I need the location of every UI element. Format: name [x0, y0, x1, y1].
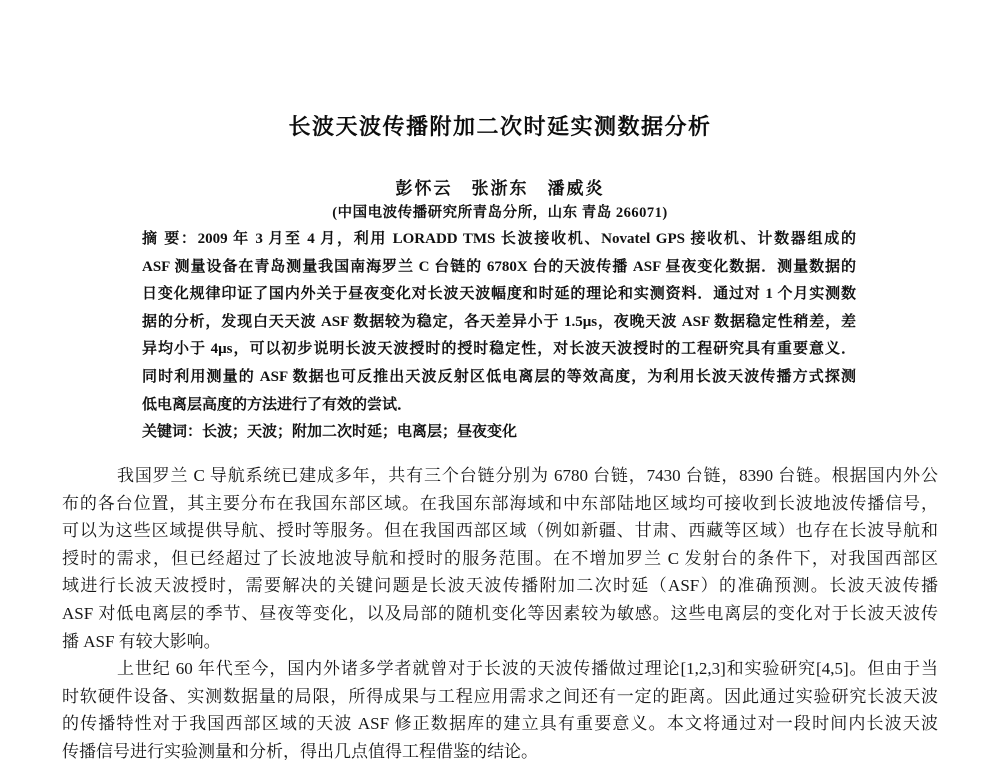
body-line: 我国罗兰 C 导航系统已建成多年，共有三个台链分别为 6780 台链，7430 … [62, 462, 938, 490]
body-line: ASF 对低电离层的季节、昼夜等变化，以及局部的随机变化等因素较为敏感。这些电离… [62, 600, 938, 628]
abstract-line: 日变化规律印证了国内外关于昼夜变化对长波天波幅度和时延的理论和实测资料．通过对 … [142, 281, 856, 309]
body-line: 时软硬件设备、实测数据量的局限，所得成果与工程应用需求之间还有一定的距离。因此通… [62, 683, 938, 711]
abstract-block: 摘 要：2009 年 3 月至 4 月，利用 LORADD TMS 长波接收机、… [142, 226, 856, 447]
body-line: 的传播特性对于我国西部区域的天波 ASF 修正数据库的建立具有重要意义。本文将通… [62, 710, 938, 738]
document-page: 长波天波传播附加二次时延实测数据分析 彭怀云 张浙东 潘威炎 (中国电波传播研究… [0, 0, 1000, 760]
body-text: 我国罗兰 C 导航系统已建成多年，共有三个台链分别为 6780 台链，7430 … [62, 462, 938, 760]
abstract-line: 低电离层高度的方法进行了有效的尝试． [142, 392, 856, 420]
abstract-line: 异均小于 4μs，可以初步说明长波天波授时的授时稳定性，对长波天波授时的工程研究… [142, 336, 856, 364]
keywords-line: 关键词：长波；天波；附加二次时延；电离层；昼夜变化 [142, 419, 856, 447]
body-line: 可以为这些区域提供导航、授时等服务。但在我国西部区域（例如新疆、甘肃、西藏等区域… [62, 517, 938, 545]
body-line: 播 ASF 有较大影响。 [62, 628, 938, 656]
abstract-label: 摘 要： [142, 231, 198, 247]
abstract-line: ASF 测量设备在青岛测量我国南海罗兰 C 台链的 6780X 台的天波传播 A… [142, 254, 856, 282]
body-line: 上世纪 60 年代至今，国内外诸多学者就曾对于长波的天波传播做过理论[1,2,3… [62, 655, 938, 683]
authors-line: 彭怀云 张浙东 潘威炎 [0, 174, 1000, 199]
keywords-label: 关键词： [142, 424, 202, 440]
body-line: 布的各台位置，其主要分布在我国东部区域。在我国东部海域和中东部陆地区域均可接收到… [62, 490, 938, 518]
abstract-line: 摘 要：2009 年 3 月至 4 月，利用 LORADD TMS 长波接收机、… [142, 226, 856, 254]
affiliation-line: (中国电波传播研究所青岛分所，山东 青岛 266071) [0, 201, 1000, 222]
body-line: 授时的需求，但已经超过了长波地波导航和授时的服务范围。在不增加罗兰 C 发射台的… [62, 545, 938, 573]
keywords-text: 长波；天波；附加二次时延；电离层；昼夜变化 [202, 424, 517, 440]
paper-title: 长波天波传播附加二次时延实测数据分析 [0, 110, 1000, 141]
abstract-line-text: 2009 年 3 月至 4 月，利用 LORADD TMS 长波接收机、Nova… [198, 231, 856, 247]
body-line: 域进行长波天波授时，需要解决的关键问题是长波天波传播附加二次时延（ASF）的准确… [62, 572, 938, 600]
body-line: 传播信号进行实验测量和分析，得出几点值得工程借鉴的结论。 [62, 738, 938, 760]
abstract-line: 同时利用测量的 ASF 数据也可反推出天波反射区低电离层的等效高度，为利用长波天… [142, 364, 856, 392]
abstract-line: 据的分析，发现白天天波 ASF 数据较为稳定，各天差异小于 1.5μs，夜晚天波… [142, 309, 856, 337]
